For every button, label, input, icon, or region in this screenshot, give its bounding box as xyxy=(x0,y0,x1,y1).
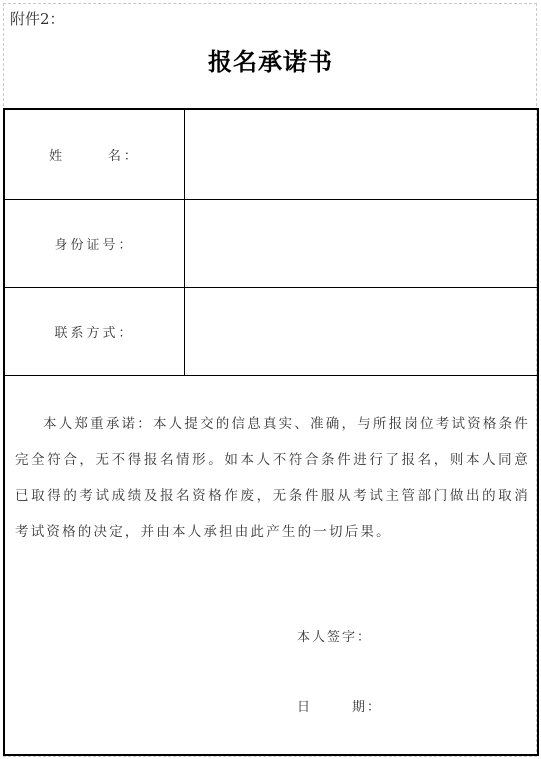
contact-field[interactable] xyxy=(185,288,537,375)
pledge-text: 本人郑重承诺：本人提交的信息真实、准确，与所报岗位考试资格条件完全符合，无不得报… xyxy=(15,406,530,550)
name-label: 姓 名： xyxy=(5,110,185,199)
name-row: 姓 名： xyxy=(5,110,537,200)
signature-label: 本人签字： xyxy=(297,626,372,645)
contact-label: 联系方式： xyxy=(5,288,185,375)
name-field[interactable] xyxy=(185,110,537,199)
id-number-label: 身份证号： xyxy=(5,200,185,287)
pledge-form-table: 姓 名： 身份证号： 联系方式： 本人郑重承诺：本人提交的信息真实、准确，与所报… xyxy=(3,108,539,756)
contact-row: 联系方式： xyxy=(5,288,537,376)
attachment-label: 附件2： xyxy=(10,8,65,29)
document-title: 报名承诺书 xyxy=(0,42,541,77)
id-number-row: 身份证号： xyxy=(5,200,537,288)
id-number-field[interactable] xyxy=(185,200,537,287)
date-label: 日期： xyxy=(297,696,382,715)
